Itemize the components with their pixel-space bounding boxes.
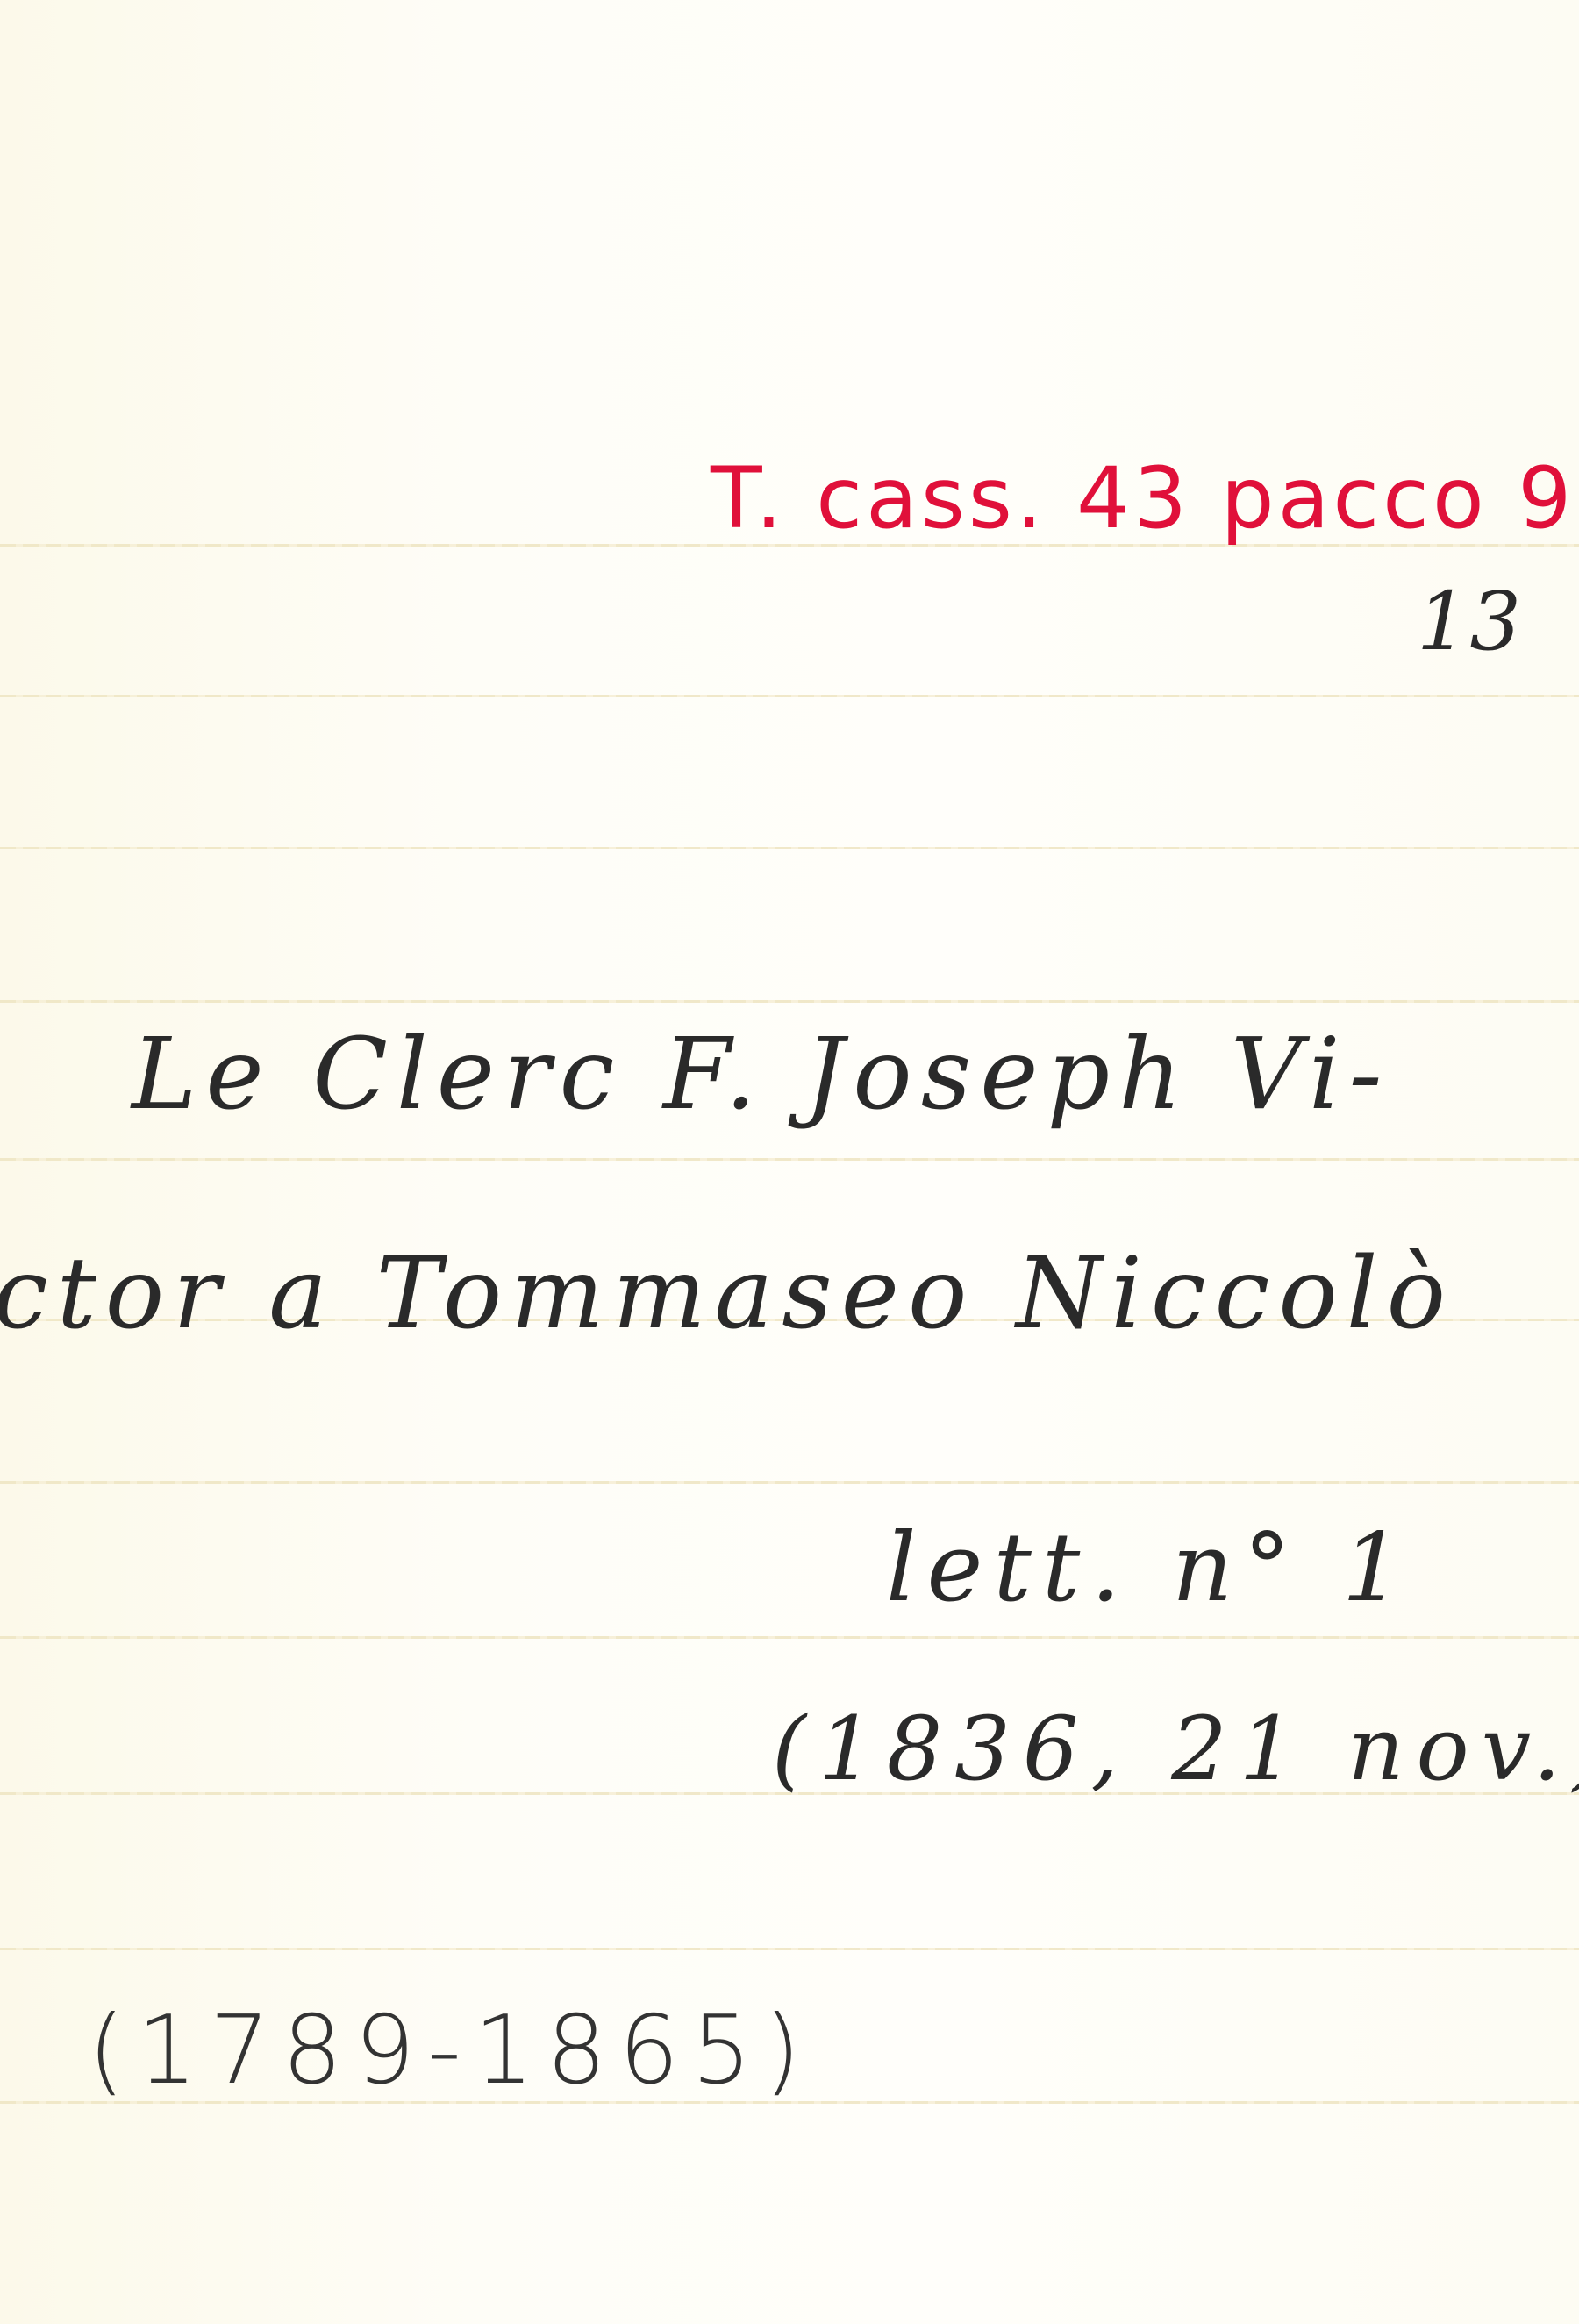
- ruled-line: [0, 1481, 1579, 1484]
- ruled-line: [0, 1158, 1579, 1161]
- shelfmark: T. cass. 43 pacco 95.: [711, 449, 1579, 547]
- index-card: T. cass. 43 pacco 95. 13 Le Clerc F. Jos…: [0, 0, 1579, 2324]
- letter-date: (1836, 21 nov.): [772, 1698, 1579, 1800]
- letters-count: lett. n° 1: [886, 1513, 1413, 1623]
- life-dates: (1789-1865): [88, 1996, 813, 2106]
- ruled-line: [0, 1948, 1579, 1950]
- correspondence-line-2: ctor a Tommaseo Niccolò: [0, 1237, 1454, 1351]
- ruled-line: [0, 1000, 1579, 1003]
- correspondence-line-1: Le Clerc F. Joseph Vi-: [132, 1018, 1390, 1132]
- item-number: 13: [1417, 575, 1523, 669]
- ruled-line: [0, 695, 1579, 697]
- ruled-line: [0, 847, 1579, 849]
- ruled-line: [0, 1636, 1579, 1639]
